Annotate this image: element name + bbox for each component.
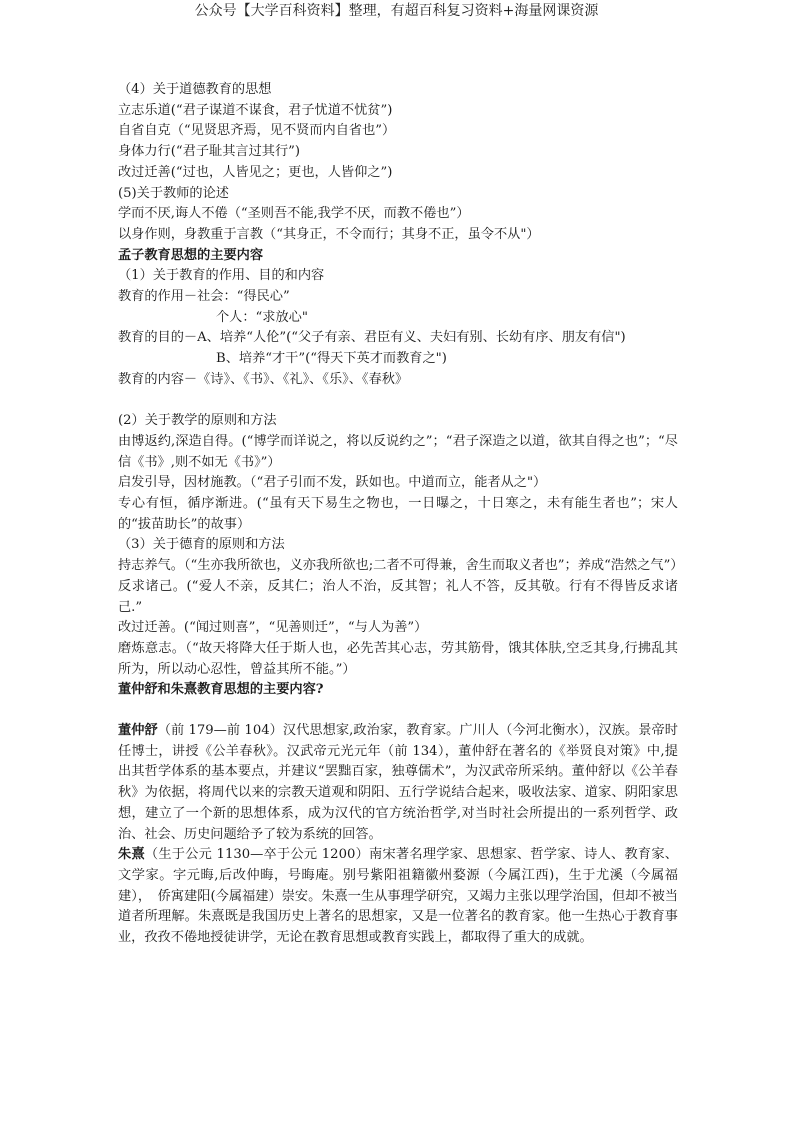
education-role-personal: 个人：“求放心" <box>118 308 678 329</box>
teacher-item: 以身作则，身教重于言教（“其身正，不令而行；其身不正，虽令不从"） <box>118 225 678 246</box>
teaching-principle: 启发引导，因材施教。（“君子引而不发，跃如也。中道而立，能者从之"） <box>118 473 678 494</box>
moral-item: 改过迁善(“过也，人皆见之；更也，人皆仰之”) <box>118 163 678 184</box>
education-aim-a: 教育的目的－A、培养“人伦”(“父子有亲、君臣有义、夫妇有别、长幼有序、朋友有信… <box>118 328 678 349</box>
blank-line <box>118 391 678 412</box>
zhu-xi-paragraph: 朱熹（生于公元 1130—卒于公元 1200）南宋著名理学家、思想家、哲学家、诗… <box>118 845 678 949</box>
blank-line <box>118 701 678 721</box>
dong-zhu-title: 董仲舒和朱熹教育思想的主要内容? <box>118 680 678 701</box>
education-contents: 教育的内容－《诗》、《书》、《礼》、《乐》、《春秋》 <box>118 370 678 391</box>
section-heading-moral: （4）关于道德教育的思想 <box>118 80 678 101</box>
moral-education-principle: 磨炼意志。（“故天将降大任于斯人也，必先苦其心志，劳其筋骨，饿其体肤,空乏其身,… <box>118 639 678 680</box>
moral-education-principle: 反求诸己。(“爱人不亲，反其仁；治人不治，反其智；礼人不答，反其敬。行有不得皆反… <box>118 577 678 618</box>
dong-zhongshu-paragraph: 董仲舒（前 179—前 104）汉代思想家,政治家，教育家。广川人（今河北衡水）… <box>118 721 678 845</box>
mencius-s2-heading: (2）关于教学的原则和方法 <box>118 411 678 432</box>
moral-item: 立志乐道(“君子谋道不谋食，君子忧道不忧贫”) <box>118 101 678 122</box>
zhu-xi-text: （生于公元 1130—卒于公元 1200）南宋著名理学家、思想家、哲学家、诗人、… <box>118 847 678 945</box>
education-role-social: 教育的作用－社会：“得民心” <box>118 287 678 308</box>
teaching-principle: 专心有恒，循序渐进。(“虽有天下易生之物也，一日曝之，十日寒之，未有能生者也”；… <box>118 494 678 535</box>
dong-zhongshu-name: 董仲舒 <box>118 723 158 738</box>
mencius-s1-heading: （1）关于教育的作用、目的和内容 <box>118 266 678 287</box>
mencius-s3-heading: （3）关于德育的原则和方法 <box>118 535 678 556</box>
teacher-item: 学而不厌,诲人不倦（“圣则吾不能,我学不厌，而教不倦也”） <box>118 204 678 225</box>
zhu-xi-name: 朱熹 <box>118 847 145 862</box>
dong-zhongshu-text: （前 179—前 104）汉代思想家,政治家，教育家。广川人（今河北衡水），汉族… <box>118 723 678 842</box>
moral-item: 身体力行(“君子耻其言过其行”) <box>118 142 678 163</box>
teaching-principle: 由博返约,深造自得。(“博学而详说之，将以反说约之”；“君子深造之以道，欲其自得… <box>118 432 678 473</box>
moral-item: 自省自克（“见贤思齐焉，见不贤而内自省也”） <box>118 121 678 142</box>
section-heading-teacher: (5)关于教师的论述 <box>118 184 678 205</box>
document-body: （4）关于道德教育的思想 立志乐道(“君子谋道不谋食，君子忧道不忧贫”) 自省自… <box>118 80 678 949</box>
page-header: 公众号【大学百科资料】整理，有超百科复习资料+海量网课资源 <box>0 2 793 20</box>
moral-education-principle: 持志养气。（“生亦我所欲也，义亦我所欲也;二者不可得兼，舍生而取义者也”；养成“… <box>118 556 678 577</box>
education-aim-b: B、培养“才干”(“得天下英才而教育之") <box>118 349 678 370</box>
mencius-title: 孟子教育思想的主要内容 <box>118 246 678 267</box>
moral-education-principle: 改过迁善。(“闻过则喜”，“见善则迁”，“与人为善”） <box>118 618 678 639</box>
